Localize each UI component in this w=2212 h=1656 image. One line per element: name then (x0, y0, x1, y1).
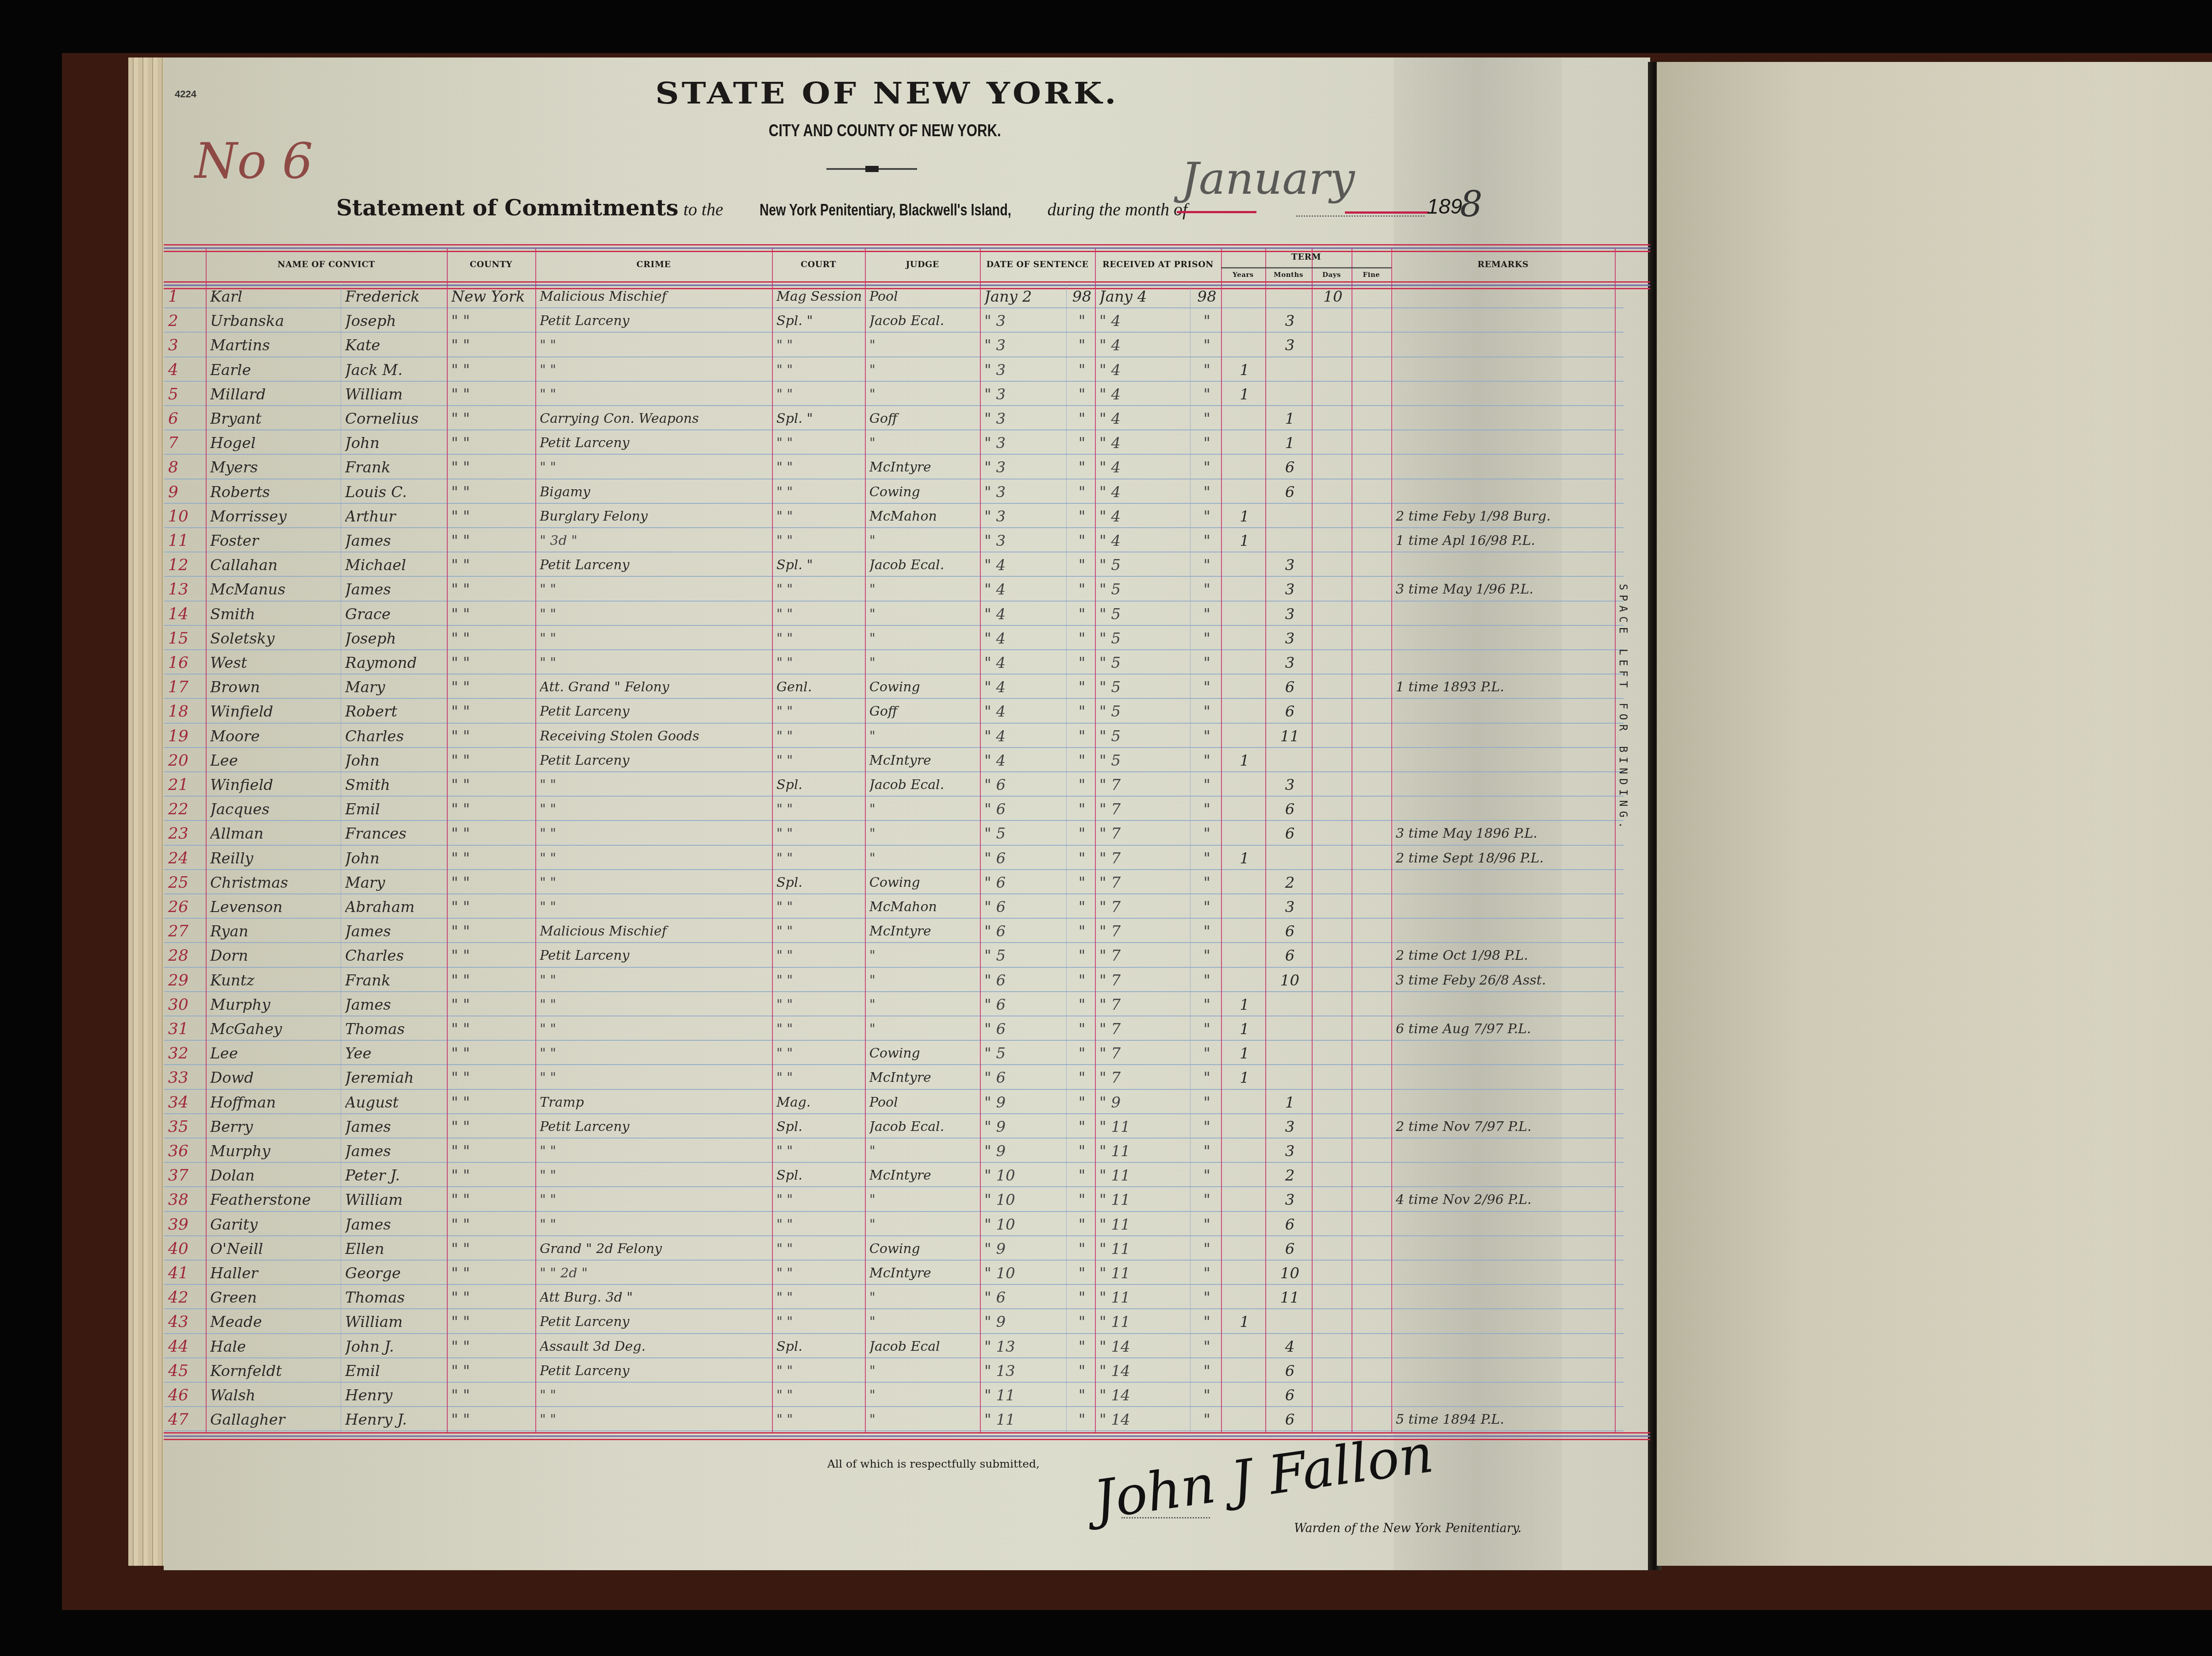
cell-sy: " (1071, 701, 1093, 723)
cell-sent: " 3 (984, 408, 1064, 430)
cell-sent: " 6 (984, 994, 1064, 1016)
table-row: 12CallahanMichael" "Petit LarcenySpl. "J… (164, 554, 1650, 579)
cell-sent: " 6 (984, 970, 1064, 992)
cell-sent: " 10 (984, 1214, 1064, 1236)
cell-sy: " (1071, 872, 1093, 894)
cell-crime: Receiving Stolen Goods (540, 725, 770, 747)
cell-n: 36 (168, 1140, 204, 1162)
cell-n: 40 (168, 1238, 204, 1260)
cell-surname: Garity (210, 1214, 339, 1236)
cell-first: William (345, 1189, 445, 1211)
cell-n: 44 (168, 1336, 204, 1358)
cell-first: Kate (345, 334, 445, 356)
cell-sent: " 3 (984, 506, 1064, 528)
table-top-rule (164, 244, 1650, 252)
cell-surname: Berry (210, 1116, 339, 1138)
cell-sy: " (1071, 1262, 1093, 1284)
cell-months: 6 (1270, 920, 1310, 943)
statement-institution: New York Penitentiary, Blackwell's Islan… (760, 201, 1011, 219)
cell-months: 4 (1270, 1336, 1310, 1358)
cell-crime: " " (540, 896, 770, 918)
header-county: COUNTY (447, 260, 535, 269)
submitted-text: All of which is respectfully submitted, (827, 1457, 1040, 1470)
cell-first: Thomas (345, 1287, 445, 1309)
statement-heading: Statement of Commitments (336, 195, 679, 221)
table-row: 46WalshHenry" "" "" """ 11"" 14"6 (164, 1384, 1650, 1409)
cell-surname: Soletsky (210, 628, 339, 650)
cell-sent: " 4 (984, 628, 1064, 650)
cell-county: " " (451, 310, 534, 332)
cell-sy: " (1071, 1116, 1093, 1138)
cell-court: " " (776, 530, 863, 552)
cell-county: " " (451, 432, 534, 454)
cell-crime: " " (540, 1043, 770, 1065)
cell-court: Spl. (776, 872, 863, 894)
cell-ry: " (1194, 1092, 1219, 1114)
cell-recv: " 7 (1099, 847, 1188, 870)
cell-county: " " (451, 994, 534, 1016)
cell-county: " " (451, 1043, 534, 1065)
page-number: 4224 (175, 88, 196, 100)
cell-sy: " (1071, 1092, 1093, 1114)
table-row: 27RyanJames" "Malicious Mischief" "McInt… (164, 920, 1650, 945)
cell-county: " " (451, 1238, 534, 1260)
month-red-rule-right (1345, 211, 1429, 214)
cell-first: James (345, 530, 445, 552)
cell-sy: " (1071, 920, 1093, 943)
cell-first: James (345, 1116, 445, 1138)
table-row: 39GarityJames" "" "" """ 10"" 11"6 (164, 1214, 1650, 1238)
cell-months: 3 (1270, 628, 1310, 650)
cell-months: 10 (1270, 970, 1310, 992)
cell-sy: " (1071, 847, 1093, 870)
cell-surname: Myers (210, 456, 339, 479)
cell-months: 3 (1270, 652, 1310, 674)
cell-n: 17 (168, 676, 204, 698)
cell-county: " " (451, 676, 534, 698)
cell-first: William (345, 1311, 445, 1333)
cell-judge: " (869, 1140, 978, 1162)
cell-surname: Moore (210, 725, 339, 747)
cell-crime: Tramp (540, 1092, 770, 1114)
cell-sy: " (1071, 1311, 1093, 1333)
cell-first: John (345, 750, 445, 772)
cell-n: 28 (168, 945, 204, 967)
cell-sent: " 9 (984, 1238, 1064, 1260)
month-dotted-line (1296, 215, 1425, 217)
cell-recv: " 14 (1099, 1360, 1188, 1382)
cell-sy: " (1071, 1018, 1093, 1040)
cell-ry: " (1194, 652, 1219, 674)
cell-ry: " (1194, 359, 1219, 381)
cell-court: " " (776, 506, 863, 528)
cell-judge: Jacob Ecal (869, 1336, 978, 1358)
cell-first: Louis C. (345, 481, 445, 503)
cell-days: 10 (1316, 286, 1350, 308)
cell-crime: Burglary Felony (540, 506, 770, 528)
ornamental-rule (826, 168, 917, 170)
cell-sy: " (1071, 1336, 1093, 1358)
month-handwritten: January (1181, 153, 1355, 204)
cell-county: " " (451, 872, 534, 894)
cell-surname: Dolan (210, 1165, 339, 1187)
cell-ry: " (1194, 1384, 1219, 1407)
cell-judge: Jacob Ecal. (869, 310, 978, 332)
cell-judge: " (869, 383, 978, 406)
cell-ry: " (1194, 1262, 1219, 1284)
table-row: 10MorrisseyArthur" "Burglary Felony" "Mc… (164, 506, 1650, 530)
cell-recv: " 11 (1099, 1311, 1188, 1333)
cell-sent: " 9 (984, 1311, 1064, 1333)
header-term: TERM (1221, 252, 1391, 262)
cell-ry: " (1194, 579, 1219, 601)
cell-sy: " (1071, 1384, 1093, 1407)
cell-months: 3 (1270, 579, 1310, 601)
cell-court: " " (776, 359, 863, 381)
right-page-blank (1657, 62, 2212, 1566)
cell-county: " " (451, 1287, 534, 1309)
cell-n: 13 (168, 579, 204, 601)
cell-first: George (345, 1262, 445, 1284)
table-row: 14SmithGrace" "" "" """ 4"" 5"3 (164, 603, 1650, 628)
cell-recv: " 4 (1099, 383, 1188, 406)
cell-years: 1 (1225, 383, 1263, 406)
cell-judge: " (869, 1409, 978, 1431)
header-crime: CRIME (535, 260, 772, 269)
cell-crime: Petit Larceny (540, 1116, 770, 1138)
cell-crime: " " (540, 1214, 770, 1236)
cell-sy: " (1071, 432, 1093, 454)
cell-judge: McMahon (869, 896, 978, 918)
cell-court: " " (776, 1311, 863, 1333)
cell-county: " " (451, 530, 534, 552)
cell-crime: " " (540, 456, 770, 479)
cell-crime: Petit Larceny (540, 310, 770, 332)
cell-crime: " " (540, 628, 770, 650)
cell-sy: " (1071, 506, 1093, 528)
cell-first: Peter J. (345, 1165, 445, 1187)
cell-crime: Petit Larceny (540, 554, 770, 576)
cell-county: " " (451, 408, 534, 430)
cell-court: Spl. (776, 1165, 863, 1187)
table-row: 9RobertsLouis C." "Bigamy" "Cowing" 3"" … (164, 481, 1650, 506)
cell-judge: Cowing (869, 1238, 978, 1260)
cell-surname: Bryant (210, 408, 339, 430)
cell-judge: " (869, 1018, 978, 1040)
cell-surname: West (210, 652, 339, 674)
cell-first: James (345, 994, 445, 1016)
statement-line: Statement of Commitments to the New York… (336, 195, 1187, 221)
cell-court: Spl. (776, 1336, 863, 1358)
cell-county: " " (451, 481, 534, 503)
cell-ry: " (1194, 1067, 1219, 1089)
cell-ry: " (1194, 334, 1219, 356)
cell-sy: " (1071, 798, 1093, 820)
table-row: 40O'NeillEllen" "Grand " 2d Felony" "Cow… (164, 1238, 1650, 1262)
cell-county: " " (451, 603, 534, 625)
cell-court: " " (776, 725, 863, 747)
cell-first: John (345, 847, 445, 870)
cell-months: 1 (1270, 432, 1310, 454)
cell-sent: " 4 (984, 725, 1064, 747)
cell-ry: " (1194, 701, 1219, 723)
cell-judge: Goff (869, 408, 978, 430)
cell-recv: " 7 (1099, 1018, 1188, 1040)
cell-n: 42 (168, 1287, 204, 1309)
cell-judge: " (869, 945, 978, 967)
cell-court: " " (776, 432, 863, 454)
cell-surname: Dorn (210, 945, 339, 967)
cell-sy: " (1071, 945, 1093, 967)
cell-sy: " (1071, 970, 1093, 992)
cell-first: James (345, 579, 445, 601)
cell-surname: Callahan (210, 554, 339, 576)
cell-sy: " (1071, 676, 1093, 698)
cell-court: " " (776, 1262, 863, 1284)
cell-surname: Morrissey (210, 506, 339, 528)
cell-first: Ellen (345, 1238, 445, 1260)
cell-months: 6 (1270, 701, 1310, 723)
cell-n: 8 (168, 456, 204, 479)
cell-recv: " 11 (1099, 1238, 1188, 1260)
cell-county: " " (451, 896, 534, 918)
cell-first: Grace (345, 603, 445, 625)
cell-ry: " (1194, 1018, 1219, 1040)
cell-court: " " (776, 750, 863, 772)
cell-sy: " (1071, 1067, 1093, 1089)
cell-surname: McManus (210, 579, 339, 601)
cell-recv: " 11 (1099, 1116, 1188, 1138)
cell-surname: Smith (210, 603, 339, 625)
binding-margin-note: SPACE LEFT FOR BINDING. (1617, 584, 1629, 832)
cell-n: 18 (168, 701, 204, 723)
cell-ry: " (1194, 1189, 1219, 1211)
cell-recv: " 11 (1099, 1189, 1188, 1211)
cell-court: " " (776, 481, 863, 503)
cell-recv: " 7 (1099, 970, 1188, 992)
cell-surname: Brown (210, 676, 339, 698)
cell-years: 1 (1225, 847, 1263, 870)
cell-recv: " 7 (1099, 896, 1188, 918)
header-received: RECEIVED AT PRISON (1095, 260, 1221, 269)
cell-surname: Hogel (210, 432, 339, 454)
table-row: 19MooreCharles" "Receiving Stolen Goods"… (164, 725, 1650, 750)
cell-ry: " (1194, 628, 1219, 650)
cell-n: 47 (168, 1409, 204, 1431)
cell-judge: " (869, 1287, 978, 1309)
cell-first: Michael (345, 554, 445, 576)
cell-recv: " 5 (1099, 628, 1188, 650)
cell-first: Frank (345, 456, 445, 479)
table-row: 7HogelJohn" "Petit Larceny" """ 3"" 4"1 (164, 432, 1650, 456)
cell-sy: " (1071, 310, 1093, 332)
cell-recv: " 4 (1099, 310, 1188, 332)
cell-ry: " (1194, 1238, 1219, 1260)
cell-recv: " 14 (1099, 1409, 1188, 1431)
cell-crime: " " (540, 359, 770, 381)
page-title: STATE OF NEW YORK. (588, 76, 1186, 110)
cell-county: " " (451, 1409, 534, 1431)
cell-court: " " (776, 1043, 863, 1065)
cell-surname: Allman (210, 823, 339, 845)
table-row: 2UrbanskaJoseph" "Petit LarcenySpl. "Jac… (164, 310, 1650, 334)
cell-n: 37 (168, 1165, 204, 1187)
cell-county: " " (451, 970, 534, 992)
cell-sy: " (1071, 554, 1093, 576)
table-row: 25ChristmasMary" "" "Spl.Cowing" 6"" 7"2 (164, 872, 1650, 896)
cell-n: 4 (168, 359, 204, 381)
cell-surname: Winfield (210, 701, 339, 723)
cell-months: 3 (1270, 310, 1310, 332)
cell-court: Spl. " (776, 554, 863, 576)
cell-ry: " (1194, 506, 1219, 528)
cell-surname: Featherstone (210, 1189, 339, 1211)
cell-crime: " " (540, 603, 770, 625)
cell-sy: " (1071, 1287, 1093, 1309)
cell-ry: " (1194, 798, 1219, 820)
cell-n: 14 (168, 603, 204, 625)
cell-first: Abraham (345, 896, 445, 918)
cell-months: 3 (1270, 1116, 1310, 1138)
cell-crime: Malicious Mischief (540, 286, 770, 308)
cell-surname: Roberts (210, 481, 339, 503)
cell-ry: " (1194, 456, 1219, 479)
cell-court: Genl. (776, 676, 863, 698)
cell-recv: " 4 (1099, 359, 1188, 381)
cell-county: " " (451, 579, 534, 601)
cell-n: 35 (168, 1116, 204, 1138)
cell-ry: " (1194, 994, 1219, 1016)
cell-crime: " " (540, 1165, 770, 1187)
cell-n: 12 (168, 554, 204, 576)
cell-ry: " (1194, 725, 1219, 747)
cell-sent: " 3 (984, 359, 1064, 381)
cell-surname: Karl (210, 286, 339, 308)
cell-crime: Att. Grand " Felony (540, 676, 770, 698)
cell-recv: " 9 (1099, 1092, 1188, 1114)
cell-sy: " (1071, 725, 1093, 747)
cell-surname: Foster (210, 530, 339, 552)
cell-ry: " (1194, 1116, 1219, 1138)
cell-sy: " (1071, 334, 1093, 356)
cell-remarks: 4 time Nov 2/96 P.L. (1396, 1189, 1613, 1211)
header-date-of-sentence: DATE OF SENTENCE (980, 260, 1095, 269)
cell-sent: " 4 (984, 701, 1064, 723)
cell-court: Spl. (776, 774, 863, 796)
cell-sent: " 3 (984, 383, 1064, 406)
cell-months: 6 (1270, 676, 1310, 698)
cell-ry: " (1194, 1214, 1219, 1236)
cell-county: " " (451, 1384, 534, 1407)
cell-sent: " 6 (984, 1018, 1064, 1040)
cell-n: 30 (168, 994, 204, 1016)
cell-months: 3 (1270, 1189, 1310, 1211)
table-row: 33DowdJeremiah" "" "" "McIntyre" 6"" 7"1 (164, 1067, 1650, 1091)
cell-court: " " (776, 701, 863, 723)
cell-crime: " " (540, 1409, 770, 1431)
cell-recv: " 4 (1099, 456, 1188, 479)
cell-county: " " (451, 506, 534, 528)
cell-crime: Petit Larceny (540, 701, 770, 723)
cell-surname: Kornfeldt (210, 1360, 339, 1382)
cell-sy: " (1071, 896, 1093, 918)
cell-crime: " " (540, 994, 770, 1016)
cell-years: 1 (1225, 1018, 1263, 1040)
cell-recv: " 7 (1099, 920, 1188, 943)
cell-judge: " (869, 530, 978, 552)
header-name: NAME OF CONVICT (206, 260, 447, 269)
cell-sy: 98 (1071, 286, 1093, 308)
cell-judge: " (869, 1384, 978, 1407)
cell-crime: " " (540, 798, 770, 820)
cell-n: 32 (168, 1043, 204, 1065)
cell-n: 7 (168, 432, 204, 454)
cell-county: " " (451, 701, 534, 723)
table-row: 42GreenThomas" "Att Burg. 3d "" """ 6"" … (164, 1287, 1650, 1311)
cell-judge: Cowing (869, 1043, 978, 1065)
cell-n: 5 (168, 383, 204, 406)
cell-recv: " 7 (1099, 774, 1188, 796)
cell-ry: " (1194, 945, 1219, 967)
cell-ry: " (1194, 554, 1219, 576)
cell-judge: " (869, 579, 978, 601)
table-row: 26LevensonAbraham" "" "" "McMahon" 6"" 7… (164, 896, 1650, 920)
table-row: 24ReillyJohn" "" "" """ 6"" 7"12 time Se… (164, 847, 1650, 872)
cell-n: 22 (168, 798, 204, 820)
cell-sy: " (1071, 1043, 1093, 1065)
cell-months: 6 (1270, 1409, 1310, 1431)
cell-recv: " 5 (1099, 603, 1188, 625)
cell-court: " " (776, 1287, 863, 1309)
cell-judge: " (869, 1360, 978, 1382)
cell-n: 21 (168, 774, 204, 796)
term-underline (1221, 267, 1391, 268)
cell-first: Frances (345, 823, 445, 845)
cell-court: " " (776, 334, 863, 356)
cell-judge: McIntyre (869, 1262, 978, 1284)
cell-crime: " 3d " (540, 530, 770, 552)
cell-sent: " 3 (984, 481, 1064, 503)
year-printed: 189 (1427, 195, 1462, 219)
cell-months: 6 (1270, 1238, 1310, 1260)
cell-court: " " (776, 1140, 863, 1162)
cell-surname: Meade (210, 1311, 339, 1333)
cell-surname: Lee (210, 750, 339, 772)
cell-court: " " (776, 456, 863, 479)
year-handwritten: 8 (1460, 184, 1482, 225)
cell-county: " " (451, 798, 534, 820)
signature-line (1121, 1517, 1210, 1518)
cell-court: " " (776, 896, 863, 918)
cell-ry: " (1194, 310, 1219, 332)
cell-surname: Green (210, 1287, 339, 1309)
table-row: 45KornfeldtEmil" "Petit Larceny" """ 13"… (164, 1360, 1650, 1384)
cell-remarks: 2 time Sept 18/96 P.L. (1396, 847, 1613, 870)
cell-first: Joseph (345, 628, 445, 650)
cell-crime: " " (540, 1067, 770, 1089)
table-row: 4EarleJack M." "" "" """ 3"" 4"1 (164, 359, 1650, 383)
cell-first: Yee (345, 1043, 445, 1065)
cell-surname: Murphy (210, 1140, 339, 1162)
cell-ry: " (1194, 847, 1219, 870)
table-row: 36MurphyJames" "" "" """ 9"" 11"3 (164, 1140, 1650, 1165)
cell-county: " " (451, 456, 534, 479)
cell-first: Robert (345, 701, 445, 723)
cell-crime: Malicious Mischief (540, 920, 770, 943)
cell-first: John J. (345, 1336, 445, 1358)
cell-judge: Jacob Ecal. (869, 554, 978, 576)
cell-remarks: 3 time May 1896 P.L. (1396, 823, 1613, 845)
